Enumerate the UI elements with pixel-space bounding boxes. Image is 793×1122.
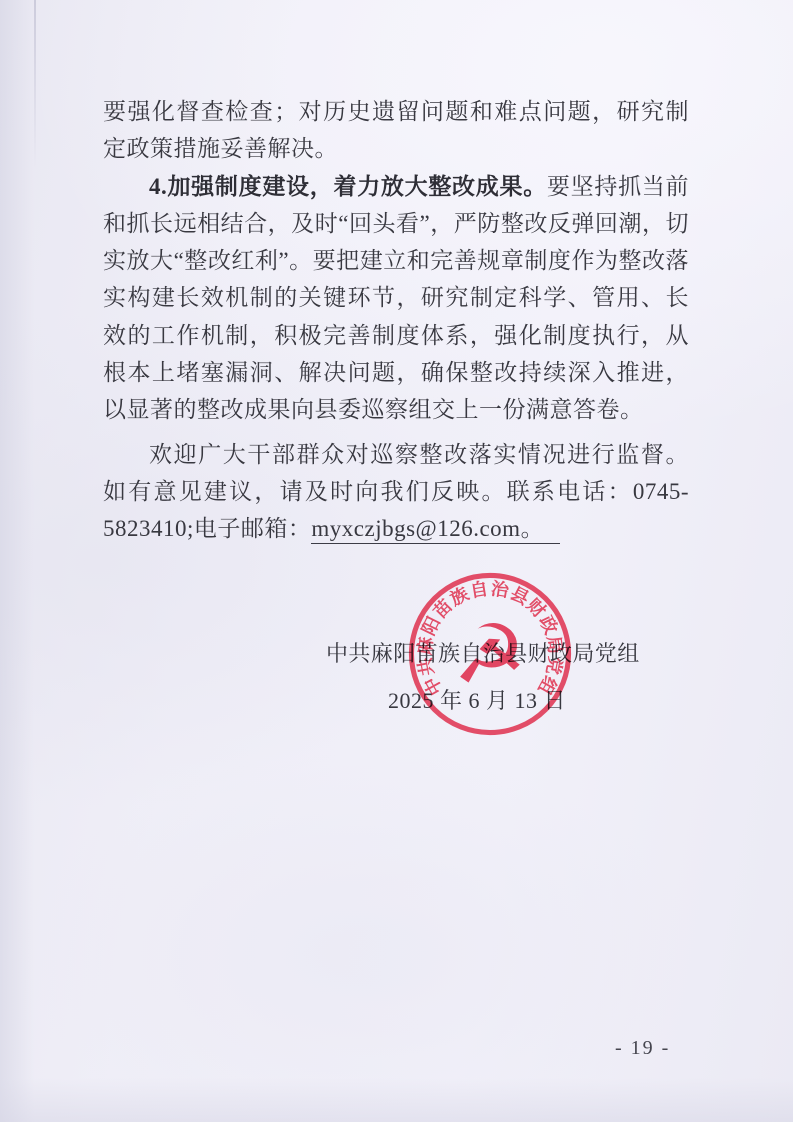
paragraph-bold-lead: 4.加强制度建设，着力放大整改成果。: [149, 174, 547, 199]
paragraph-text: 要强化督查检查；对历史遗留问题和难点问题，研究制定政策措施妥善解决。: [103, 99, 689, 161]
document-body: 要强化督查检查；对历史遗留问题和难点问题，研究制定政策措施妥善解决。 4.加强制…: [103, 93, 689, 548]
page-number: - 19 -: [615, 1037, 670, 1060]
paragraph-text: 要坚持抓当前和抓长远相结合，及时“回头看”，严防整改反弹回潮，切实放大“整改红利…: [103, 174, 689, 423]
paper-shading-bottom: [0, 1078, 793, 1122]
official-seal: 中共麻阳苗族自治县财政局党组 ☭: [388, 552, 592, 756]
paragraph-contact: 欢迎广大干部群众对巡察整改落实情况进行监督。如有意见建议，请及时向我们反映。联系…: [103, 436, 689, 548]
paragraph-item4: 4.加强制度建设，着力放大整改成果。要坚持抓当前和抓长远相结合，及时“回头看”，…: [103, 168, 689, 429]
scanned-document-page: 要强化督查检查；对历史遗留问题和难点问题，研究制定政策措施妥善解决。 4.加强制…: [0, 0, 793, 1122]
email-address: myxczjbgs@126.com。: [311, 516, 560, 544]
hammer-sickle-icon: ☭: [453, 608, 526, 703]
paper-shading-left: [0, 0, 34, 1122]
paper-crease-vertical: [34, 0, 36, 170]
paragraph-continuation: 要强化督查检查；对历史遗留问题和难点问题，研究制定政策措施妥善解决。: [103, 93, 689, 168]
